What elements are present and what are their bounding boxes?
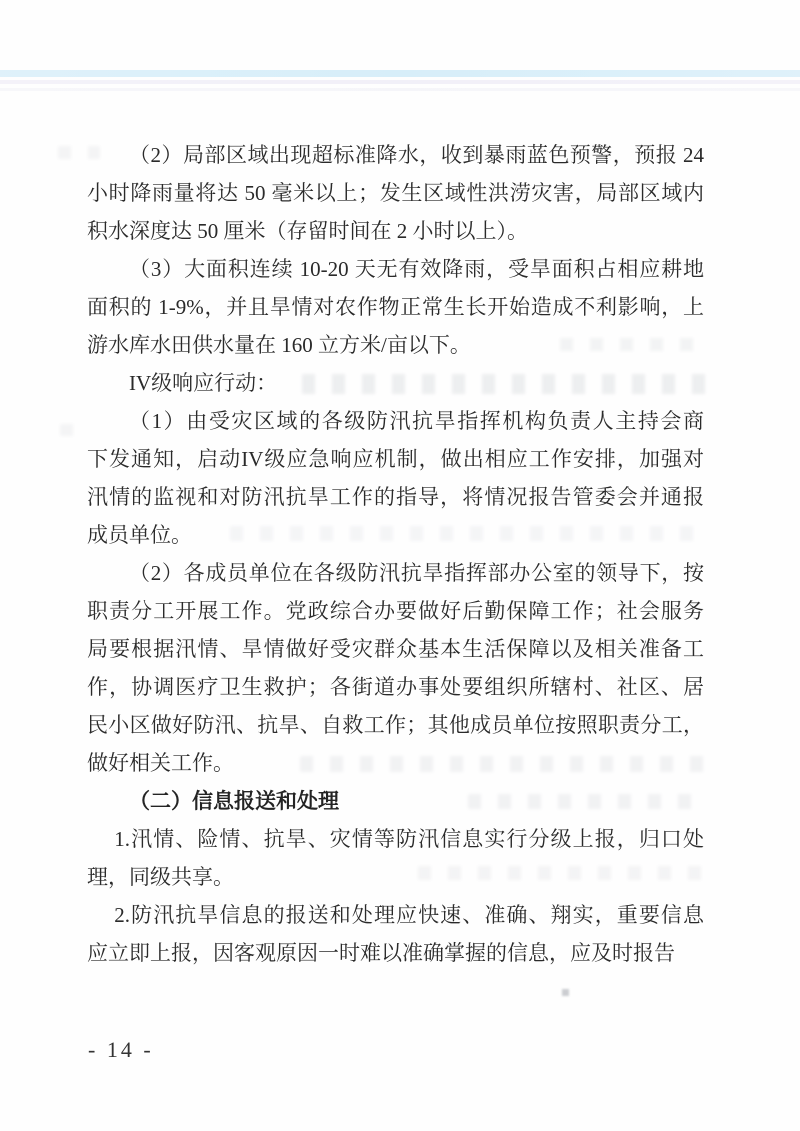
- scanned-document-page: （2）局部区域出现超标准降水，收到暴雨蓝色预警，预报 24小时降雨量将达 50 …: [0, 0, 800, 1131]
- bleedthrough-ghost-row: [468, 794, 708, 809]
- bleedthrough-ghost-row: [60, 424, 86, 436]
- scan-speck-artifact: [562, 989, 569, 996]
- text-line: （2）局部区域出现超标准降水，收到暴雨蓝色预警，预报 24: [87, 136, 704, 174]
- text-line: （1）由受灾区域的各级防汛抗旱指挥机构负责人主持会商: [87, 402, 704, 440]
- text-line: 积水深度达 50 厘米（存留时间在 2 小时以上）。: [87, 212, 704, 250]
- paragraph: （2）各成员单位在各级防汛抗旱指挥部办公室的领导下，按职责分工开展工作。党政综合…: [87, 554, 704, 782]
- text-line: 下发通知，启动IV级应急响应机制，做出相应工作安排，加强对: [87, 440, 704, 478]
- text-line: 应立即上报，因客观原因一时难以准确掌握的信息，应及时报告: [87, 934, 704, 972]
- text-line: 小时降雨量将达 50 毫米以上；发生区域性洪涝灾害，局部区域内: [87, 174, 704, 212]
- paragraph: 2.防汛抗旱信息的报送和处理应快速、准确、翔实，重要信息应立即上报，因客观原因一…: [87, 896, 704, 972]
- text-line: 局要根据汛情、旱情做好受灾群众基本生活保障以及相关准备工: [87, 630, 704, 668]
- text-line: 2.防汛抗旱信息的报送和处理应快速、准确、翔实，重要信息: [87, 896, 704, 934]
- text-line: 汛情的监视和对防汛抗旱工作的指导，将情况报告管委会并通报: [87, 478, 704, 516]
- text-line: 职责分工开展工作。党政综合办要做好后勤保障工作；社会服务: [87, 592, 704, 630]
- paragraph: 1.汛情、险情、抗旱、灾情等防汛信息实行分级上报，归口处理，同级共享。: [87, 820, 704, 896]
- scan-band-stripe-1: [0, 70, 800, 77]
- bleedthrough-ghost-row: [418, 866, 708, 880]
- text-line: 面积的 1-9%，并且旱情对农作物正常生长开始造成不利影响，上: [87, 288, 704, 326]
- bleedthrough-ghost-row: [302, 374, 717, 394]
- bleedthrough-ghost-row: [300, 756, 710, 772]
- text-line: 1.汛情、险情、抗旱、灾情等防汛信息实行分级上报，归口处: [87, 820, 704, 858]
- page-number: - 14 -: [88, 1036, 154, 1064]
- paragraph: （2）局部区域出现超标准降水，收到暴雨蓝色预警，预报 24小时降雨量将达 50 …: [87, 136, 704, 250]
- text-line: 作，协调医疗卫生救护；各街道办事处要组织所辖村、社区、居: [87, 668, 704, 706]
- document-body-text: （2）局部区域出现超标准降水，收到暴雨蓝色预警，预报 24小时降雨量将达 50 …: [87, 136, 704, 972]
- text-line: （2）各成员单位在各级防汛抗旱指挥部办公室的领导下，按: [87, 554, 704, 592]
- bleedthrough-ghost-row: [58, 146, 100, 159]
- text-line: （3）大面积连续 10-20 天无有效降雨，受旱面积占相应耕地: [87, 250, 704, 288]
- bleedthrough-ghost-row: [560, 338, 710, 351]
- text-line: 民小区做好防汛、抗旱、自救工作；其他成员单位按照职责分工，: [87, 706, 704, 744]
- scan-band-stripe-3: [0, 88, 800, 91]
- bleedthrough-ghost-row: [230, 526, 700, 541]
- scan-band-stripe-2: [0, 80, 800, 84]
